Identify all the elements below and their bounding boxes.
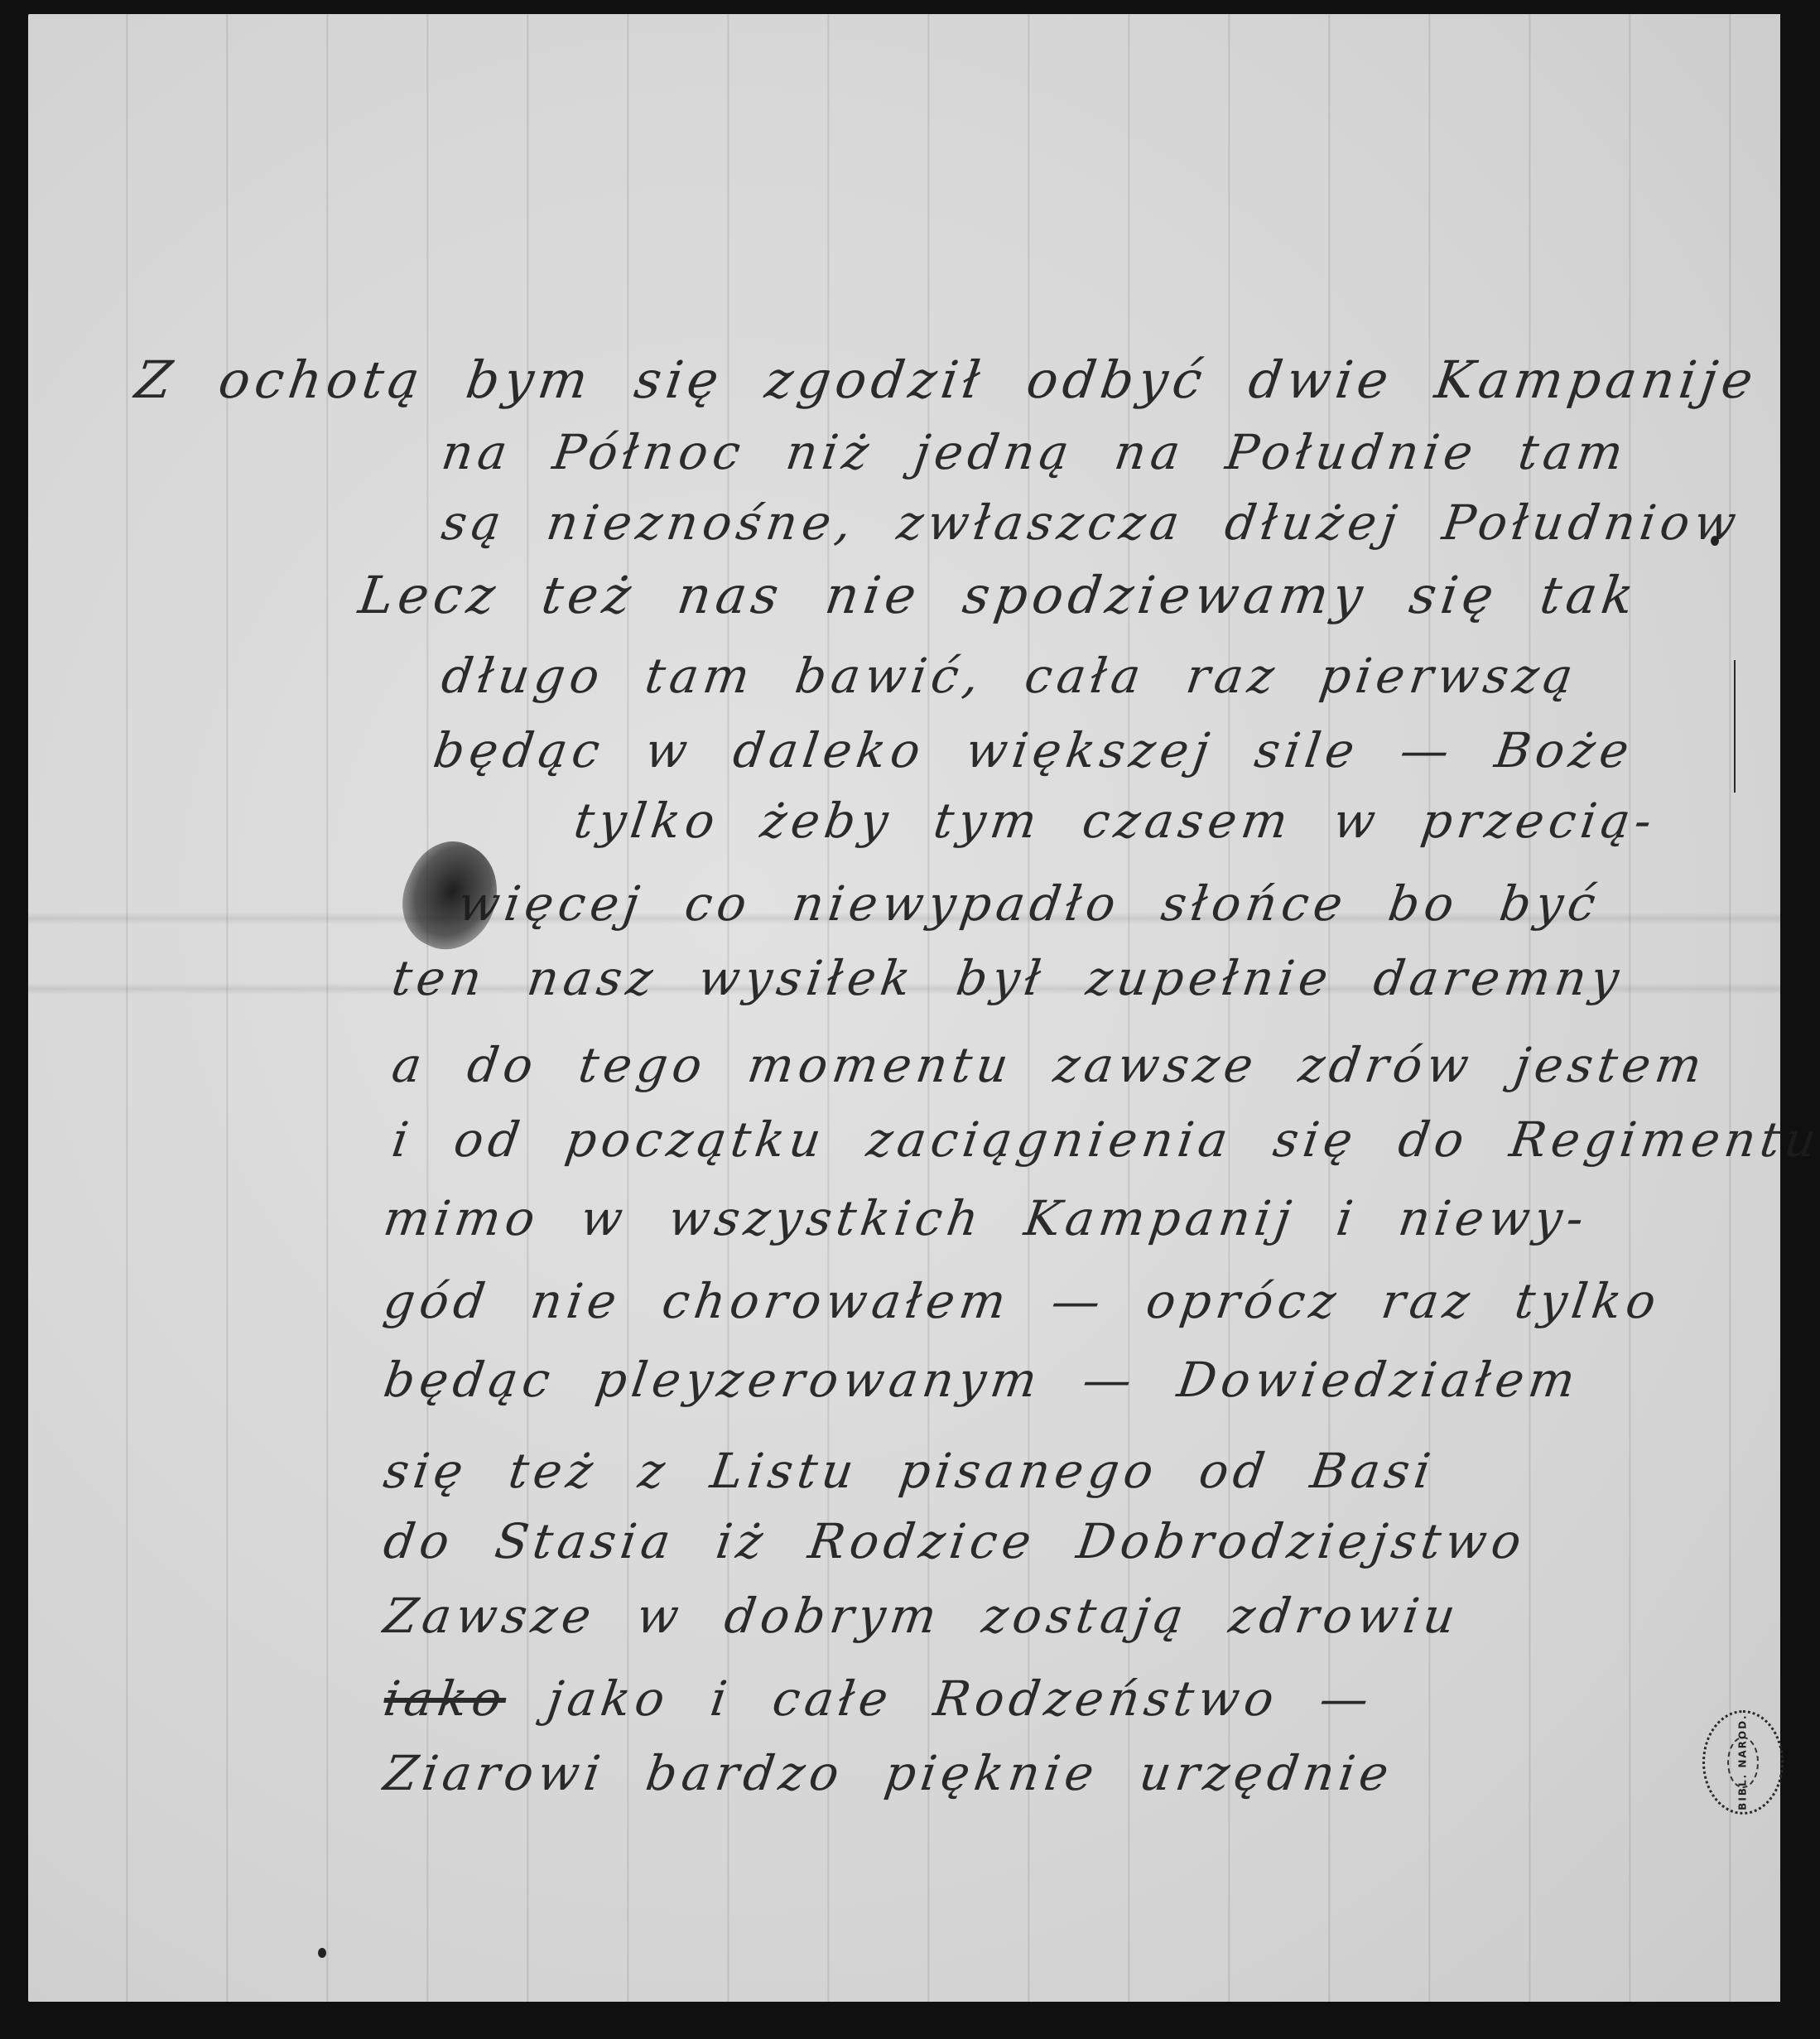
- letter-line-5: długo tam bawić, cała raz pierwszą: [438, 648, 1581, 704]
- library-stamp: BIBL. NAROD.: [1702, 1710, 1784, 1815]
- stamp-text: BIBL. NAROD.: [1737, 1714, 1748, 1810]
- letter-line-18-text: jako i całe Rodzeństwo —: [544, 1670, 1377, 1727]
- letter-line-16: do Stasia iż Rodzice Dobrodziejstwo: [380, 1513, 1529, 1569]
- letter-line-11: i od początku zaciągnienia się do Regime…: [388, 1111, 1820, 1168]
- letter-line-10: a do tego momentu zawsze zdrów jestem: [388, 1037, 1710, 1093]
- letter-line-12: mimo w wszystkich Kampanij i niewy-: [380, 1190, 1591, 1246]
- letter-line-3: są nieznośne, zwłaszcza dłużej Południow: [438, 494, 1745, 551]
- letter-line-8: więcej co niewypadło słońce bo być: [455, 875, 1604, 932]
- margin-mark: [1734, 660, 1736, 793]
- letter-line-18: iako jako i całe Rodzeństwo —: [380, 1670, 1377, 1727]
- struck-word: iako: [380, 1670, 510, 1727]
- letter-line-7: tylko żeby tym czasem w przecią-: [571, 793, 1660, 849]
- letter-line-13: gód nie chorowałem — oprócz raz tylko: [380, 1273, 1664, 1329]
- ink-spot: [318, 1948, 326, 1958]
- letter-line-9: ten nasz wysiłek był zupełnie daremny: [388, 950, 1627, 1006]
- letter-line-6: będąc w daleko większej sile — Boże: [430, 722, 1637, 778]
- letter-line-15: się też z Listu pisanego od Basi: [380, 1443, 1438, 1499]
- letter-line-17: Zawsze w dobrym zostają zdrowiu: [380, 1588, 1463, 1644]
- letter-line-14: będąc pleyzerowanym — Dowiedziałem: [380, 1352, 1583, 1408]
- letter-line-19: Ziarowi bardzo pięknie urzędnie: [380, 1745, 1397, 1801]
- letter-line-2: na Północ niż jedną na Południe tam: [438, 424, 1631, 480]
- letter-page: Z ochotą bym się zgodził odbyć dwie Kamp…: [28, 14, 1780, 2002]
- letter-line-4: Lecz też nas nie spodziewamy się tak: [355, 565, 1643, 625]
- letter-line-1: Z ochotą bym się zgodził odbyć dwie Kamp…: [132, 349, 1761, 410]
- scan-frame: Z ochotą bym się zgodził odbyć dwie Kamp…: [0, 0, 1820, 2039]
